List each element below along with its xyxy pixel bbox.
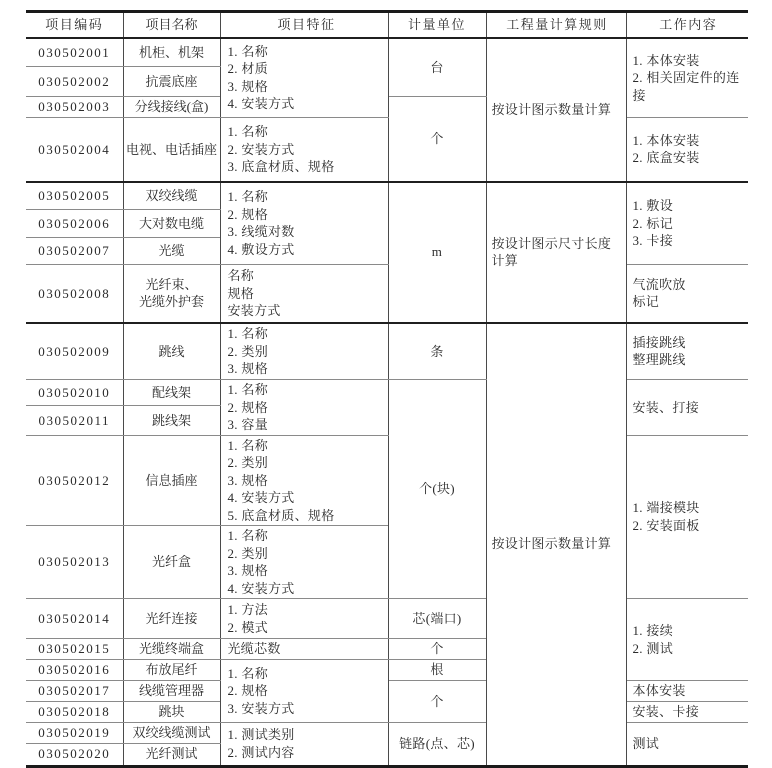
feature-cell: 1. 名称 2. 规格 3. 安装方式 <box>220 660 388 723</box>
work-cell: 安装、打接 <box>626 380 748 436</box>
unit-cell: 个 <box>388 639 486 660</box>
item-name-cell: 光纤盒 <box>123 526 220 599</box>
table-row: 030502010 配线架 1. 名称 2. 规格 3. 容量 个(块) 安装、… <box>26 380 748 406</box>
column-header-work-content: 工作内容 <box>626 12 748 38</box>
work-cell: 本体安装 <box>626 681 748 702</box>
unit-cell: 个(块) <box>388 380 486 599</box>
work-cell: 安装、卡接 <box>626 701 748 722</box>
scanned-document-page: 项目编码 项目名称 项目特征 计量单位 工程量计算规则 工作内容 0305020… <box>0 0 772 767</box>
work-cell: 插接跳线 整理跳线 <box>626 323 748 380</box>
item-name-cell: 大对数电缆 <box>123 210 220 238</box>
table-header-row: 项目编码 项目名称 项目特征 计量单位 工程量计算规则 工作内容 <box>26 12 748 38</box>
feature-cell: 1. 名称 2. 类别 3. 规格 4. 安装方式 <box>220 526 388 599</box>
column-header-item-name: 项目名称 <box>123 12 220 38</box>
unit-cell: m <box>388 182 486 323</box>
work-cell: 1. 本体安装 2. 底盒安装 <box>626 118 748 182</box>
table-row: 030502009 跳线 1. 名称 2. 类别 3. 规格 条 按设计图示数量… <box>26 323 748 380</box>
item-name-cell: 配线架 <box>123 380 220 406</box>
feature-cell: 1. 名称 2. 安装方式 3. 底盒材质、规格 <box>220 118 388 182</box>
item-name-cell: 机柜、机架 <box>123 38 220 67</box>
item-name-cell: 分线接线(盒) <box>123 97 220 118</box>
item-code-cell: 030502020 <box>26 743 123 766</box>
item-code-cell: 030502019 <box>26 722 123 743</box>
item-code-cell: 030502018 <box>26 701 123 722</box>
item-name-cell: 光缆 <box>123 238 220 265</box>
item-name-cell: 信息插座 <box>123 435 220 526</box>
column-header-item-feature: 项目特征 <box>220 12 388 38</box>
rule-cell: 按设计图示数量计算 <box>486 38 626 182</box>
item-code-cell: 030502012 <box>26 435 123 526</box>
table-row: 030502019 双绞线缆测试 1. 测试类别 2. 测试内容 链路(点、芯)… <box>26 722 748 743</box>
item-code-cell: 030502013 <box>26 526 123 599</box>
item-name-cell: 光纤测试 <box>123 743 220 766</box>
item-code-cell: 030502016 <box>26 660 123 681</box>
work-cell: 1. 本体安装 2. 相关固定件的连接 <box>626 38 748 118</box>
column-header-calc-rule: 工程量计算规则 <box>486 12 626 38</box>
table-row: 030502005 双绞线缆 1. 名称 2. 规格 3. 线缆对数 4. 敷设… <box>26 182 748 210</box>
item-code-cell: 030502015 <box>26 639 123 660</box>
item-name-cell: 光纤连接 <box>123 599 220 639</box>
item-name-cell: 电视、电话插座 <box>123 118 220 182</box>
feature-cell: 1. 名称 2. 规格 3. 线缆对数 4. 敷设方式 <box>220 182 388 265</box>
work-cell: 1. 敷设 2. 标记 3. 卡接 <box>626 182 748 265</box>
rule-cell: 按设计图示尺寸长度计算 <box>486 182 626 323</box>
item-code-cell: 030502007 <box>26 238 123 265</box>
feature-cell: 名称 规格 安装方式 <box>220 265 388 323</box>
unit-cell: 根 <box>388 660 486 681</box>
item-name-cell: 跳线架 <box>123 406 220 435</box>
unit-cell: 链路(点、芯) <box>388 722 486 766</box>
item-name-cell: 抗震底座 <box>123 67 220 97</box>
item-code-cell: 030502011 <box>26 406 123 435</box>
unit-cell: 个 <box>388 97 486 182</box>
column-header-unit: 计量单位 <box>388 12 486 38</box>
feature-cell: 1. 名称 2. 材质 3. 规格 4. 安装方式 <box>220 38 388 118</box>
item-code-cell: 030502004 <box>26 118 123 182</box>
item-name-cell: 光缆终端盒 <box>123 639 220 660</box>
feature-cell: 1. 测试类别 2. 测试内容 <box>220 722 388 766</box>
column-header-item-code: 项目编码 <box>26 12 123 38</box>
feature-cell: 1. 名称 2. 类别 3. 规格 4. 安装方式 5. 底盒材质、规格 <box>220 435 388 526</box>
work-cell: 1. 接续 2. 测试 <box>626 599 748 681</box>
item-code-cell: 030502006 <box>26 210 123 238</box>
feature-cell: 1. 名称 2. 规格 3. 容量 <box>220 380 388 436</box>
unit-cell: 条 <box>388 323 486 380</box>
item-code-cell: 030502014 <box>26 599 123 639</box>
item-code-cell: 030502008 <box>26 265 123 323</box>
quota-items-table: 项目编码 项目名称 项目特征 计量单位 工程量计算规则 工作内容 0305020… <box>26 10 748 768</box>
feature-cell: 1. 方法 2. 模式 <box>220 599 388 639</box>
item-code-cell: 030502005 <box>26 182 123 210</box>
table-row: 030502004 电视、电话插座 1. 名称 2. 安装方式 3. 底盒材质、… <box>26 118 748 182</box>
item-code-cell: 030502003 <box>26 97 123 118</box>
feature-cell: 1. 名称 2. 类别 3. 规格 <box>220 323 388 380</box>
unit-cell: 台 <box>388 38 486 97</box>
table-row: 030502008 光纤束、 光缆外护套 名称 规格 安装方式 气流吹放 标记 <box>26 265 748 323</box>
work-cell: 气流吹放 标记 <box>626 265 748 323</box>
item-name-cell: 线缆管理器 <box>123 681 220 702</box>
work-cell: 测试 <box>626 722 748 766</box>
item-code-cell: 030502002 <box>26 67 123 97</box>
table-row: 030502014 光纤连接 1. 方法 2. 模式 芯(端口) 1. 接续 2… <box>26 599 748 639</box>
table-row: 030502001 机柜、机架 1. 名称 2. 材质 3. 规格 4. 安装方… <box>26 38 748 67</box>
item-name-cell: 光纤束、 光缆外护套 <box>123 265 220 323</box>
item-name-cell: 双绞线缆测试 <box>123 722 220 743</box>
unit-cell: 芯(端口) <box>388 599 486 639</box>
rule-cell: 按设计图示数量计算 <box>486 323 626 767</box>
item-code-cell: 030502010 <box>26 380 123 406</box>
item-name-cell: 双绞线缆 <box>123 182 220 210</box>
item-code-cell: 030502001 <box>26 38 123 67</box>
feature-cell: 光缆芯数 <box>220 639 388 660</box>
item-name-cell: 布放尾纤 <box>123 660 220 681</box>
table-row: 030502012 信息插座 1. 名称 2. 类别 3. 规格 4. 安装方式… <box>26 435 748 526</box>
item-name-cell: 跳线 <box>123 323 220 380</box>
item-code-cell: 030502017 <box>26 681 123 702</box>
item-code-cell: 030502009 <box>26 323 123 380</box>
unit-cell: 个 <box>388 681 486 723</box>
item-name-cell: 跳块 <box>123 701 220 722</box>
work-cell: 1. 端接模块 2. 安装面板 <box>626 435 748 599</box>
